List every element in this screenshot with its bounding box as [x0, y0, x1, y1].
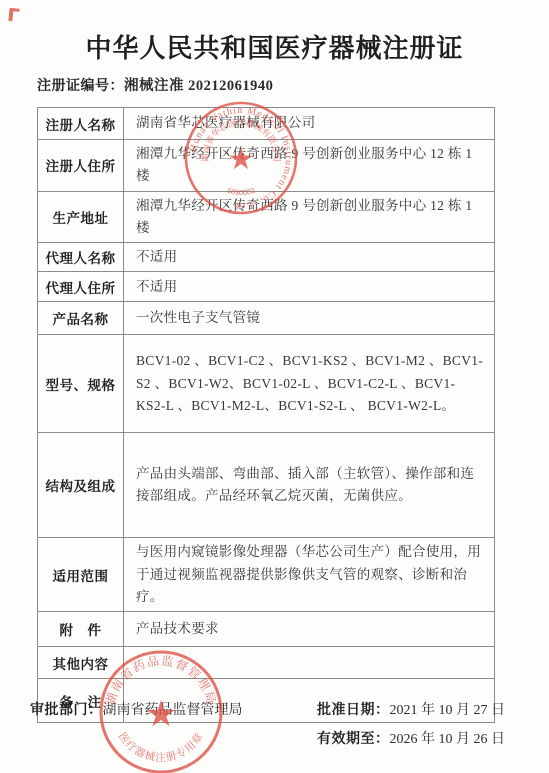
row-label: 产品名称	[38, 302, 124, 335]
approval-department-label: 审批部门：	[30, 701, 103, 717]
table-row: 注册人住所 湘潭九华经开区传奇西路 9 号创新创业服务中心 12 栋 1 楼	[38, 140, 495, 192]
row-label: 注册人住所	[38, 140, 124, 192]
row-label: 附 件	[38, 612, 124, 647]
row-label: 代理人住所	[38, 272, 124, 302]
row-value: 产品技术要求	[124, 612, 495, 647]
table-row: 生产地址 湘潭九华经开区传奇西路 9 号创新创业服务中心 12 栋 1 楼	[38, 191, 495, 243]
row-value: 湘潭九华经开区传奇西路 9 号创新创业服务中心 12 栋 1 楼	[124, 140, 495, 192]
valid-until-value: 2026 年 10 月 26 日	[390, 732, 506, 747]
approval-department-value: 湖南省药品监督管理局	[103, 703, 243, 718]
approval-date-line: 批准日期：2021 年 10 月 27 日	[317, 699, 505, 719]
table-row: 附 件 产品技术要求	[38, 612, 495, 647]
approval-date-value: 2021 年 10 月 27 日	[390, 703, 506, 718]
row-value	[124, 647, 495, 679]
dates-block: 批准日期：2021 年 10 月 27 日 有效期至：2026 年 10 月 2…	[317, 699, 505, 757]
row-label: 结构及组成	[38, 433, 124, 538]
table-row: 结构及组成 产品由头端部、弯曲部、插入部（主软管）、操作部和连接部组成。产品经环…	[38, 433, 495, 538]
table-row: 代理人住所 不适用	[38, 272, 495, 302]
approval-date-label: 批准日期：	[317, 701, 390, 717]
certificate-page: 中华人民共和国医疗器械注册证 注册证编号：湘械注准 20212061940 注册…	[0, 0, 549, 773]
page-title: 中华人民共和国医疗器械注册证	[0, 28, 549, 65]
table-row: 型号、规格 BCV1-02 、BCV1-C2 、BCV1-KS2 、BCV1-M…	[38, 335, 495, 433]
row-value: 不适用	[124, 272, 495, 302]
table-row: 其他内容	[38, 647, 495, 679]
svg-text:医疗器械注册专用章: 医疗器械注册专用章	[116, 730, 206, 764]
valid-until-label: 有效期至：	[317, 730, 390, 746]
row-label: 型号、规格	[38, 335, 124, 433]
approval-department-line: 审批部门：湖南省药品监督管理局	[30, 699, 243, 719]
certificate-number-label: 注册证编号：	[37, 77, 124, 93]
row-value: 湘潭九华经开区传奇西路 9 号创新创业服务中心 12 栋 1 楼	[124, 191, 495, 243]
table-row: 代理人名称 不适用	[38, 243, 495, 272]
authority-seal-bottom-text: 医疗器械注册专用章	[116, 730, 206, 764]
table-row: 注册人名称 湖南省华芯医疗器械有限公司	[38, 108, 495, 140]
row-label: 代理人名称	[38, 243, 124, 272]
certificate-number-line: 注册证编号：湘械注准 20212061940	[37, 74, 273, 95]
table-row: 适用范围 与医用内窥镜影像处理器（华芯公司生产）配合使用，用于通过视频监视器提供…	[38, 538, 495, 612]
row-label: 适用范围	[38, 538, 124, 612]
row-value: 与医用内窥镜影像处理器（华芯公司生产）配合使用，用于通过视频监视器提供影像供支气…	[124, 538, 495, 612]
red-corner-mark	[8, 8, 13, 21]
row-value: 一次性电子支气管镜	[124, 302, 495, 335]
row-value: 不适用	[124, 243, 495, 272]
valid-until-line: 有效期至：2026 年 10 月 26 日	[317, 728, 505, 748]
row-value: 产品由头端部、弯曲部、插入部（主软管）、操作部和连接部组成。产品经环氧乙烷灭菌，…	[124, 433, 495, 538]
row-label: 其他内容	[38, 647, 124, 679]
row-label: 生产地址	[38, 191, 124, 243]
row-value: 湖南省华芯医疗器械有限公司	[124, 108, 495, 140]
table-row: 产品名称 一次性电子支气管镜	[38, 302, 495, 335]
row-label: 注册人名称	[38, 108, 124, 140]
certificate-table: 注册人名称 湖南省华芯医疗器械有限公司 注册人住所 湘潭九华经开区传奇西路 9 …	[37, 107, 495, 723]
row-value: BCV1-02 、BCV1-C2 、BCV1-KS2 、BCV1-M2 、BCV…	[124, 335, 495, 433]
certificate-number-value: 湘械注准 20212061940	[124, 78, 273, 94]
